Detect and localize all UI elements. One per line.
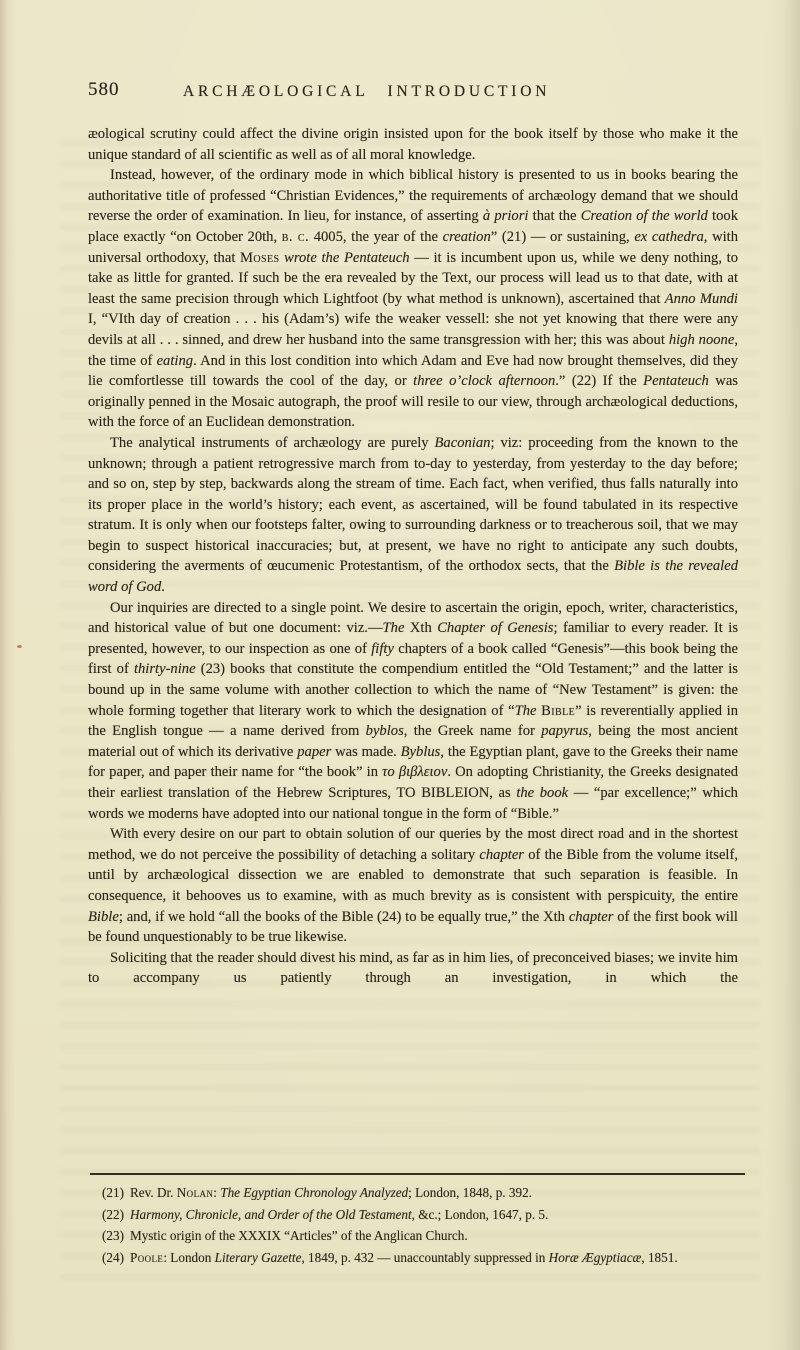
text-run: æological scrutiny could affect the divi… [88, 126, 738, 163]
italic-text: ex cathedra [634, 229, 703, 245]
footnote-number: (24) [102, 1250, 124, 1265]
text-run: Rev. Dr. [130, 1185, 177, 1200]
footnote: (21)Rev. Dr. Nolan: The Egyptian Chronol… [88, 1182, 758, 1204]
italic-text: Baconian [435, 435, 491, 451]
text-run: , 1851. [641, 1250, 677, 1265]
body-text: æological scrutiny could affect the divi… [88, 124, 738, 989]
footnote: (23)Mystic origin of the XXXIX “Articles… [88, 1225, 758, 1247]
italic-text: wrote the Pentateuch [284, 250, 409, 266]
running-title: ARCHÆOLOGICAL INTRODUCTION [183, 83, 550, 101]
text-run: ” (21) — or sustaining, [491, 229, 635, 245]
footnote-number: (22) [102, 1207, 124, 1222]
italic-text: Bible [88, 909, 119, 925]
italic-text: creation [443, 229, 491, 245]
italic-text: The [383, 620, 405, 636]
footnotes: (21)Rev. Dr. Nolan: The Egyptian Chronol… [88, 1182, 758, 1269]
paragraph: The analytical instruments of archæology… [88, 433, 738, 598]
book-page: 580 ARCHÆOLOGICAL INTRODUCTION æological… [0, 0, 800, 1350]
italic-text: Horæ Ægyptiacæ [549, 1250, 642, 1265]
italic-text: Harmony, Chronicle, and Order of the Old… [130, 1207, 412, 1222]
text-run: .” (22) If the [555, 373, 643, 389]
italic-text: byblos [366, 723, 404, 739]
italic-text: το βιβλειον [382, 764, 447, 780]
footnote-number: (21) [102, 1185, 124, 1200]
italic-text: three o’clock afternoon [413, 373, 555, 389]
paragraph: Our inquiries are directed to a single p… [88, 598, 738, 825]
italic-text: Literary Gazette [215, 1250, 302, 1265]
text-run: The analytical instruments of archæology… [110, 435, 435, 451]
text-run: ; viz: proceeding from the known to the … [88, 435, 738, 575]
italic-text: chapter [479, 847, 524, 863]
footnote: (24)Poole: London Literary Gazette, 1849… [88, 1247, 758, 1269]
smallcaps-text: Moses [240, 250, 279, 266]
text-run: was made. [331, 744, 400, 760]
footnote-rule [90, 1173, 745, 1175]
italic-text: The Egyptian Chronology Analyzed [220, 1185, 408, 1200]
italic-text: Byblus [401, 744, 441, 760]
italic-text: à priori [483, 208, 529, 224]
italic-text: Anno Mundi [665, 291, 738, 307]
italic-text: Pentateuch [643, 373, 709, 389]
smallcaps-text: b. c. [282, 229, 309, 245]
text-run: . [161, 579, 165, 595]
paragraph: æological scrutiny could affect the divi… [88, 124, 738, 165]
text-run: Xth [404, 620, 437, 636]
italic-text: paper [297, 744, 331, 760]
footnote-number: (23) [102, 1228, 124, 1243]
paragraph: With every desire on our part to obtain … [88, 824, 738, 948]
italic-text: the book [516, 785, 568, 801]
text-run: 4005, the year of the [309, 229, 443, 245]
smallcaps-text: Bible [541, 703, 575, 719]
italic-text: The [515, 703, 537, 719]
text-run: I, “VIth day of creation . . . his (Adam… [88, 311, 738, 348]
italic-text: eating [157, 353, 193, 369]
paragraph: Soliciting that the reader should divest… [88, 948, 738, 989]
smallcaps-text: Poole [130, 1250, 163, 1265]
text-run: ; and, if we hold “all the books of the … [119, 909, 569, 925]
italic-text: chapter [569, 909, 614, 925]
paragraph: Instead, however, of the ordinary mode i… [88, 165, 738, 433]
italic-text: thirty-nine [134, 661, 196, 677]
italic-text: fifty [371, 641, 394, 657]
italic-text: Chapter of Genesis [437, 620, 553, 636]
text-run: that the [528, 208, 580, 224]
text-run: Soliciting that the reader should divest… [88, 950, 738, 987]
text-run: , &c.; London, 1647, p. 5. [412, 1207, 549, 1222]
footnote: (22)Harmony, Chronicle, and Order of the… [88, 1204, 758, 1226]
text-run: , 1849, p. 432 — unaccountably suppresse… [301, 1250, 548, 1265]
text-run: ; London, 1848, p. 392. [408, 1185, 532, 1200]
italic-text: papyrus [541, 723, 588, 739]
text-run: : London [163, 1250, 214, 1265]
italic-text: Creation of the world [581, 208, 708, 224]
smallcaps-text: Nolan [177, 1185, 214, 1200]
italic-text: high noone [669, 332, 735, 348]
page-number: 580 [88, 79, 120, 101]
text-run: , the Greek name for [404, 723, 541, 739]
paper-fleck [17, 645, 22, 648]
text-run: Mystic origin of the XXXIX “Articles” of… [130, 1228, 468, 1243]
